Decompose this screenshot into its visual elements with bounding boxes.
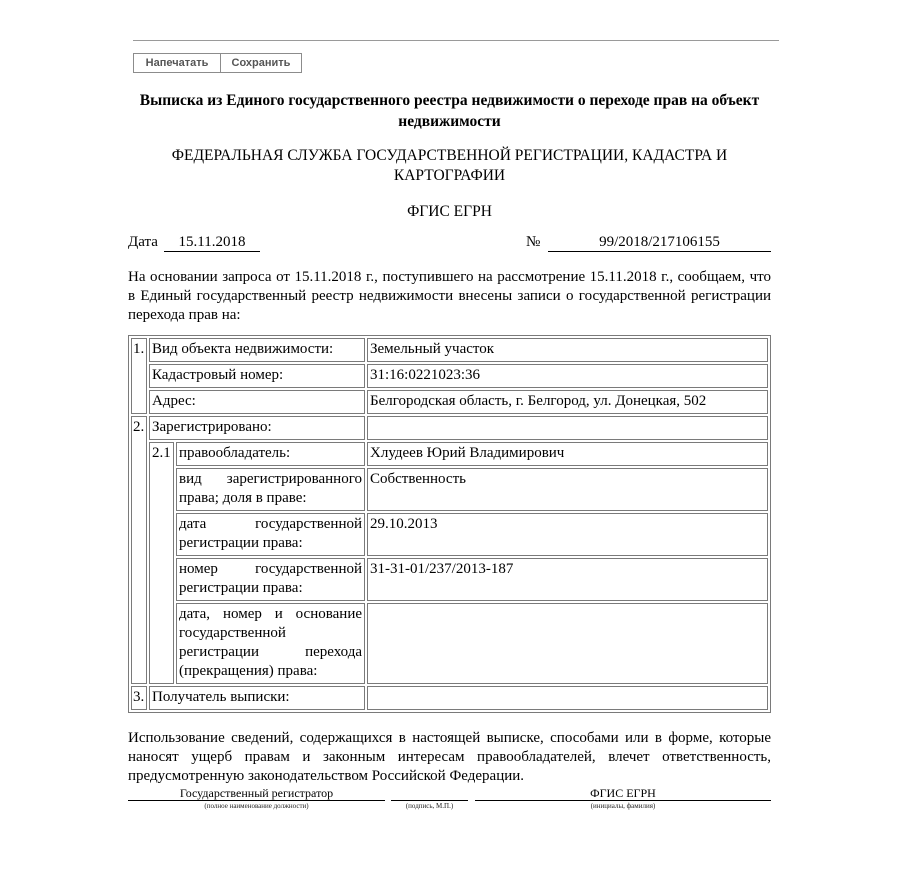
row-label: Получатель выписки:	[149, 686, 365, 710]
agency-name: ФЕДЕРАЛЬНАЯ СЛУЖБА ГОСУДАРСТВЕННОЙ РЕГИС…	[128, 146, 771, 186]
subsection-number: 2.1	[149, 442, 174, 684]
toolbar: Напечатать Сохранить	[133, 53, 302, 73]
table-row: номер государственной регистрации права:…	[131, 558, 768, 601]
section-number: 3.	[131, 686, 147, 710]
intro-paragraph: На основании запроса от 15.11.2018 г., п…	[128, 268, 771, 325]
signature-block: Государственный регистратор ФГИС ЕГРН (п…	[128, 786, 771, 816]
number-value: 99/2018/217106155	[548, 234, 771, 252]
signature-caption: (подпись, М.П.)	[391, 802, 468, 810]
section-number: 1.	[131, 338, 147, 414]
registrar-name: ФГИС ЕГРН	[475, 786, 771, 801]
document-meta: Дата 15.11.2018 № 99/2018/217106155	[128, 234, 771, 256]
row-value: Белгородская область, г. Белгород, ул. Д…	[367, 390, 768, 414]
row-label: дата государственной регистрации права:	[176, 513, 365, 556]
document-title: Выписка из Единого государственного реес…	[128, 90, 771, 132]
table-row: 2. Зарегистрировано:	[131, 416, 768, 440]
row-value: 31-31-01/237/2013-187	[367, 558, 768, 601]
print-button[interactable]: Напечатать	[133, 53, 221, 73]
table-row: Кадастровый номер: 31:16:0221023:36	[131, 364, 768, 388]
document: Выписка из Единого государственного реес…	[128, 90, 771, 786]
table-row: дата, номер и основание государственной …	[131, 603, 768, 684]
row-value	[367, 603, 768, 684]
row-value: Собственность	[367, 468, 768, 511]
row-label: правообладатель:	[176, 442, 365, 466]
table-row: вид зарегистрированного права; доля в пр…	[131, 468, 768, 511]
registrar-position: Государственный регистратор	[128, 786, 385, 801]
table-row: дата государственной регистрации права: …	[131, 513, 768, 556]
table-row: 2.1 правообладатель: Хлудеев Юрий Владим…	[131, 442, 768, 466]
save-button[interactable]: Сохранить	[221, 53, 302, 73]
row-value: 29.10.2013	[367, 513, 768, 556]
top-divider	[133, 40, 779, 41]
row-label: Кадастровый номер:	[149, 364, 365, 388]
date-value: 15.11.2018	[164, 234, 260, 252]
table-row: 3. Получатель выписки:	[131, 686, 768, 710]
row-value: Земельный участок	[367, 338, 768, 362]
row-label: Адрес:	[149, 390, 365, 414]
row-label: вид зарегистрированного права; доля в пр…	[176, 468, 365, 511]
liability-notice: Использование сведений, содержащихся в н…	[128, 729, 771, 786]
section-number: 2.	[131, 416, 147, 684]
records-table: 1. Вид объекта недвижимости: Земельный у…	[128, 335, 771, 713]
row-label: Вид объекта недвижимости:	[149, 338, 365, 362]
row-value	[367, 686, 768, 710]
position-caption: (полное наименование должности)	[128, 802, 385, 810]
row-value: Хлудеев Юрий Владимирович	[367, 442, 768, 466]
table-row: 1. Вид объекта недвижимости: Земельный у…	[131, 338, 768, 362]
signature-field	[391, 786, 468, 801]
row-label: Зарегистрировано:	[149, 416, 365, 440]
number-label: №	[526, 234, 540, 251]
row-value	[367, 416, 768, 440]
row-value: 31:16:0221023:36	[367, 364, 768, 388]
row-label: дата, номер и основание государственной …	[176, 603, 365, 684]
name-caption: (инициалы, фамилия)	[475, 802, 771, 810]
row-label: номер государственной регистрации права:	[176, 558, 365, 601]
date-label: Дата	[128, 234, 158, 251]
system-name: ФГИС ЕГРН	[128, 202, 771, 222]
table-row: Адрес: Белгородская область, г. Белгород…	[131, 390, 768, 414]
